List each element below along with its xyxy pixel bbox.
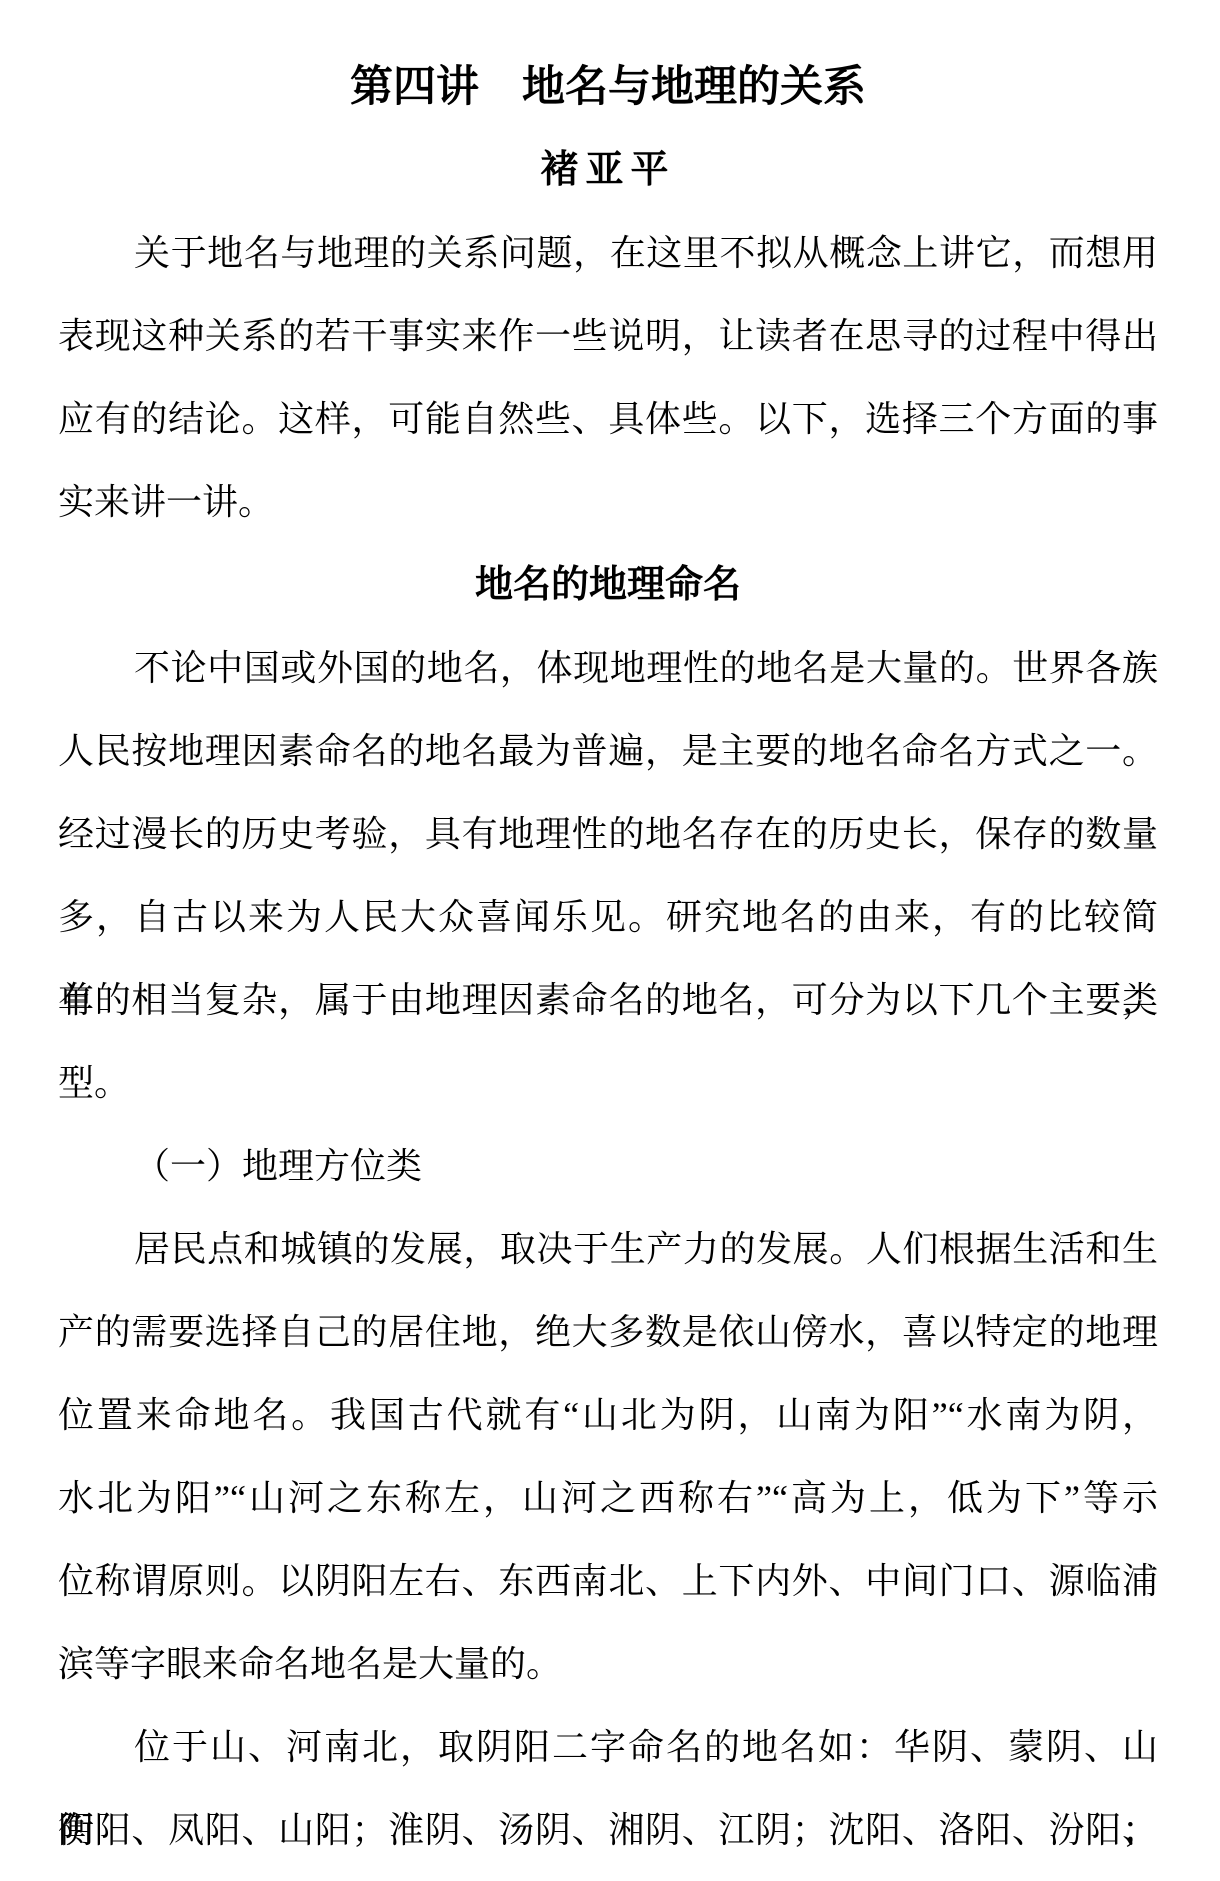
text-line: 表现这种关系的若干事实来作一些说明，让读者在思寻的过程中得出 [58, 295, 1158, 378]
author-name: 褚亚平 [58, 129, 1158, 212]
text-line: 应有的结论。这样，可能自然些、具体些。以下，选择三个方面的事 [58, 378, 1158, 461]
text-line: 关于地名与地理的关系问题，在这里不拟从概念上讲它，而想用 [58, 212, 1158, 295]
text-line: 实来讲一讲。 [58, 461, 1158, 544]
subsection-heading: （一）地理方位类 [58, 1125, 1158, 1208]
text-line: 产的需要选择自己的居住地，绝大多数是依山傍水，喜以特定的地理 [58, 1291, 1158, 1374]
text-line: 位置来命地名。我国古代就有“山北为阴，山南为阳”“水南为阴， [58, 1374, 1158, 1457]
text-line: 衡阳、凤阳、山阳；淮阴、汤阴、湘阴、江阴；沈阳、洛阳、汾阳、 [58, 1789, 1158, 1872]
text-line: 有的相当复杂，属于由地理因素命名的地名，可分为以下几个主要类 [58, 959, 1158, 1042]
text-line: 型。 [58, 1042, 1158, 1125]
text-line: 位于山、河南北，取阴阳二字命名的地名如：华阴、蒙阴、山阴； [58, 1706, 1158, 1789]
text-line: 人民按地理因素命名的地名最为普遍，是主要的地名命名方式之一。 [58, 710, 1158, 793]
document-page: 第四讲 地名与地理的关系 褚亚平 关于地名与地理的关系问题，在这里不拟从概念上讲… [0, 0, 1220, 1881]
text-line: 经过漫长的历史考验，具有地理性的地名存在的历史长，保存的数量 [58, 793, 1158, 876]
text-line: 位称谓原则。以阴阳左右、东西南北、上下内外、中间门口、源临浦 [58, 1540, 1158, 1623]
text-line: 居民点和城镇的发展，取决于生产力的发展。人们根据生活和生 [58, 1208, 1158, 1291]
text-line: 多，自古以来为人民大众喜闻乐见。研究地名的由来，有的比较简单， [58, 876, 1158, 959]
text-line: 滨等字眼来命名地名是大量的。 [58, 1623, 1158, 1706]
section-heading: 地名的地理命名 [58, 544, 1158, 627]
document-title: 第四讲 地名与地理的关系 [58, 46, 1158, 129]
text-line: 水北为阳”“山河之东称左，山河之西称右”“高为上，低为下”等示 [58, 1457, 1158, 1540]
text-line: 不论中国或外国的地名，体现地理性的地名是大量的。世界各族 [58, 627, 1158, 710]
